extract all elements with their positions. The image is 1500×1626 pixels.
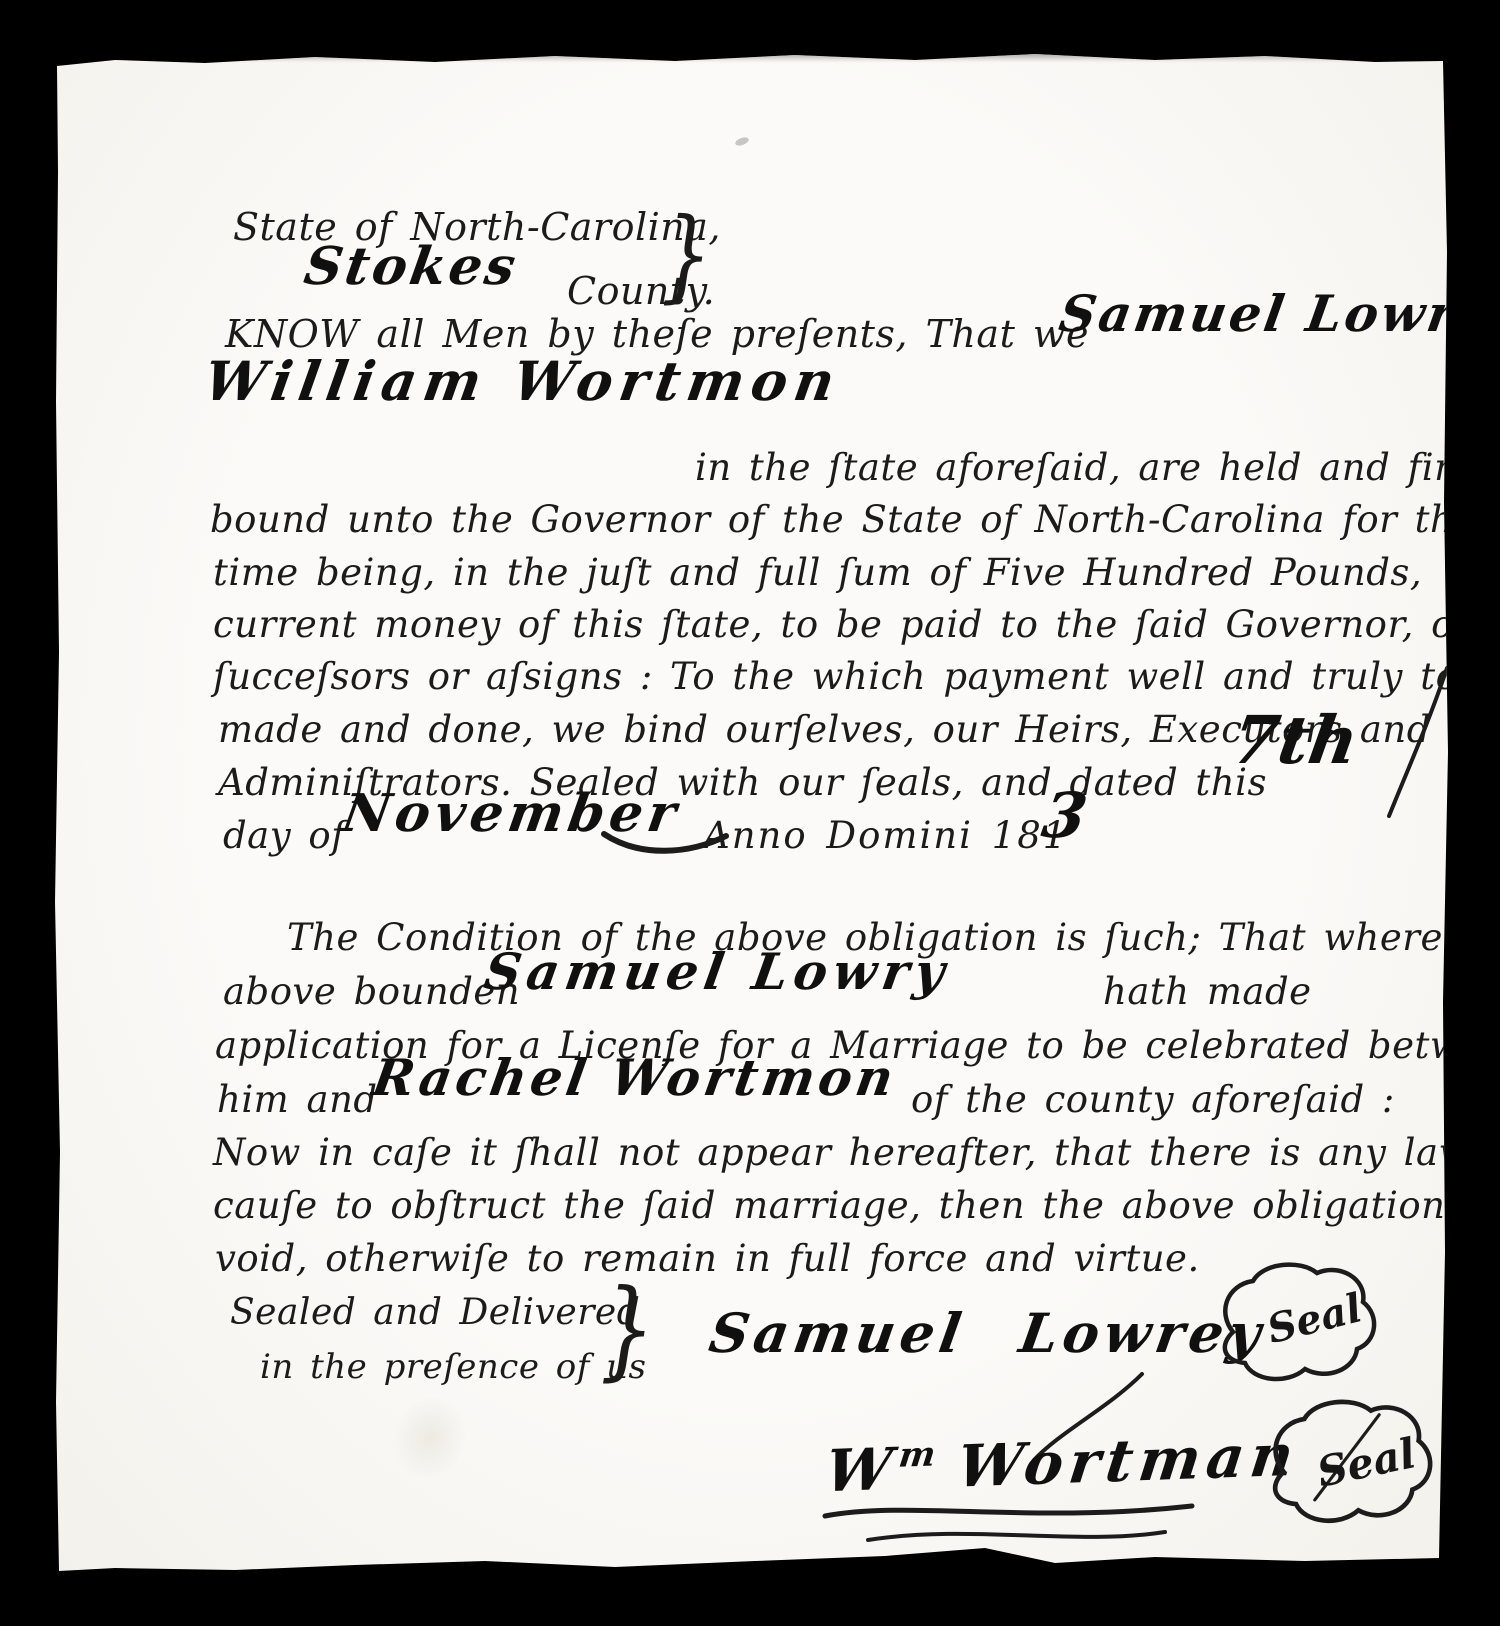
signature-superscript: m <box>897 1436 944 1475</box>
anno-domini-label: Anno Domini 181 <box>703 813 1068 859</box>
county-name-handwritten: Stokes <box>300 238 522 295</box>
day-entry-handwritten: 7th <box>1227 704 1363 777</box>
bond-line-5: ſucceſsors or aſsigns : To the which pay… <box>213 654 1500 700</box>
signature-underline-flourish <box>820 1498 1200 1558</box>
signature-surname: Wortman <box>954 1424 1303 1500</box>
signature-samuel-lowrey: Samuel Lowrey <box>705 1304 1269 1363</box>
year-digit-handwritten: 3 <box>1038 782 1092 850</box>
condition-void-line: void, otherwiſe to remain in full force … <box>215 1236 1200 1282</box>
day-of-label: day of <box>223 813 345 859</box>
signature-given-name: Samuel <box>705 1304 970 1363</box>
scanned-marriage-bond-photo: State of North-Carolina, Stokes County. … <box>0 0 1500 1626</box>
pen-flourish-stroke <box>1385 664 1455 824</box>
bond-line-3: time being, in the juſt and full ſum of … <box>213 550 1422 596</box>
attestation-brace: } <box>600 1276 655 1384</box>
seal-flourish-second: Seal <box>1253 1394 1443 1529</box>
seal-word: Seal <box>1263 1284 1367 1353</box>
bounden-label: above bounden <box>223 969 520 1015</box>
bond-line-4: current money of this ſtate, to be paid … <box>213 602 1500 648</box>
hath-made-label: hath made <box>1103 969 1312 1015</box>
condition-obstruct-line: cauſe to obſtruct the ſaid marriage, the… <box>213 1183 1500 1229</box>
signature-initial: W <box>822 1438 901 1504</box>
condition-lawful-line: Now in caſe it ſhall not appear hereafte… <box>213 1130 1500 1176</box>
faint-paper-smudge <box>384 1388 476 1488</box>
surety-name-entry: William Wortmon <box>200 352 845 411</box>
torn-top-edge-shading <box>150 53 1395 62</box>
bond-paper-sheet: State of North-Carolina, Stokes County. … <box>55 52 1448 1575</box>
seal-flourish-first: Seal <box>1205 1257 1385 1387</box>
bond-line-2: bound unto the Governor of the State of … <box>210 497 1477 543</box>
sealed-delivered-line: Sealed and Delivered <box>230 1290 640 1335</box>
ink-speck <box>734 136 750 147</box>
county-aforesaid-label: of the county aforeſaid : <box>911 1077 1395 1123</box>
in-presence-line: in the preſence of us <box>260 1346 647 1389</box>
seal-word: Seal <box>1313 1428 1420 1497</box>
header-brace: } <box>661 205 712 305</box>
bond-line-1: in the ſtate aforeſaid, are held and fir… <box>695 445 1500 491</box>
bride-name-entry: Rachel Wortmon <box>369 1050 901 1105</box>
him-and-label: him and <box>217 1077 378 1123</box>
groom-name-entry: Samuel Lowry <box>481 944 955 999</box>
signature-wm-wortman: Wm Wortman <box>822 1424 1303 1504</box>
principal-name-entry: Samuel Lowry <box>1056 286 1494 341</box>
